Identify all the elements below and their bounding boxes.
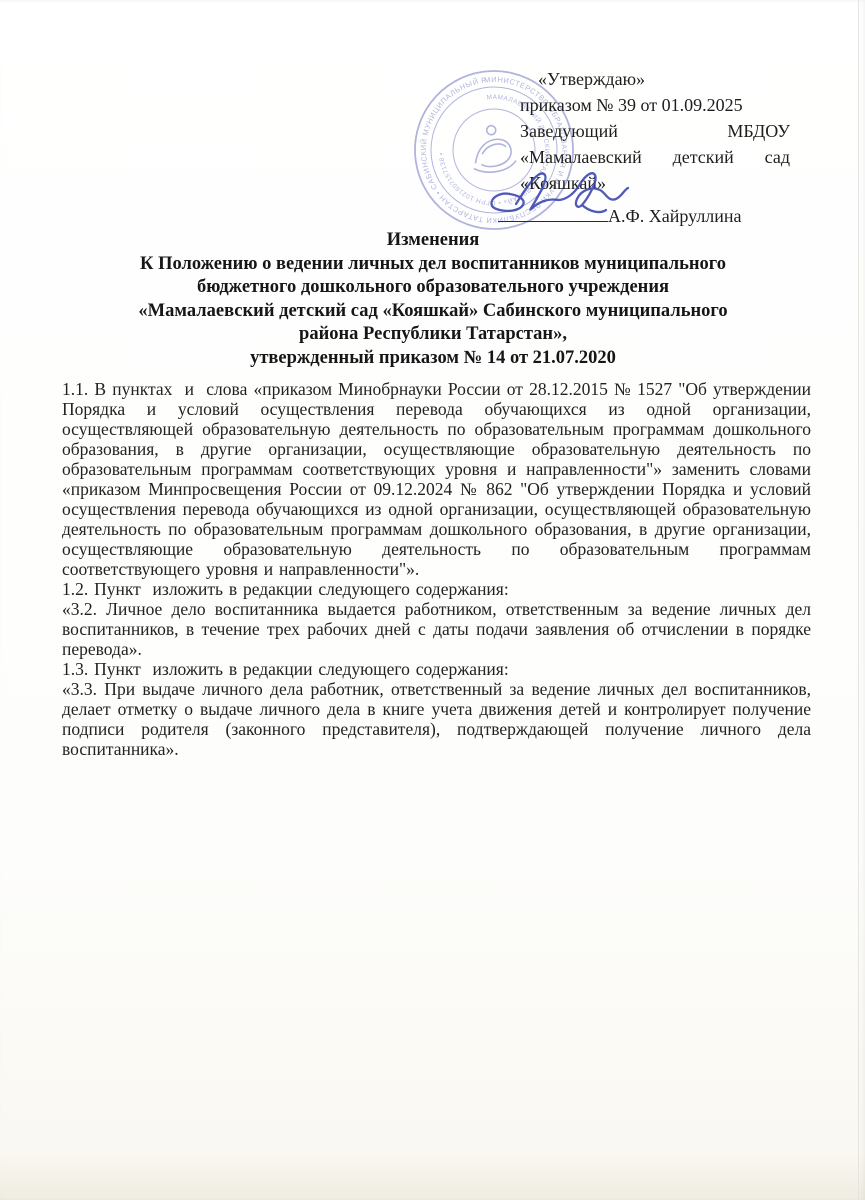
title-line: утвержденный приказом № 14 от 21.07.2020 — [52, 347, 814, 371]
organization-line2: «Кояшкай» — [520, 170, 790, 196]
approve-label: «Утверждаю» — [520, 66, 790, 92]
scanned-document-page: МИНИСТЕРСТВО ОБРАЗОВАНИЯ И НАУКИ РЕСПУБЛ… — [0, 0, 865, 1200]
order-number-line: приказом № 39 от 01.09.2025 — [520, 92, 790, 118]
approval-header: «Утверждаю» приказом № 39 от 01.09.2025 … — [520, 66, 790, 229]
signature-row: А.Ф. Хайруллина — [498, 203, 790, 229]
position-line: Заведующий МБДОУ — [520, 118, 790, 144]
org-name-part3: сад — [765, 144, 790, 170]
stamp-center-emblem-icon — [469, 123, 517, 175]
org-name-part1: «Мамалаевский — [520, 144, 642, 170]
title-line: Изменения — [52, 229, 814, 253]
organization-line: «Мамалаевский детский сад — [520, 144, 790, 170]
title-line: района Республики Татарстан», — [52, 323, 814, 347]
document-body: 1.1. В пунктах и слова «приказом Минобрн… — [62, 379, 811, 759]
paragraph-1-2: 1.2. Пункт изложить в редакции следующег… — [62, 579, 811, 599]
signature-line — [498, 207, 608, 222]
title-line: К Положению о ведении личных дел воспита… — [52, 253, 814, 277]
org-abbreviation: МБДОУ — [727, 118, 790, 144]
paragraph-3-2: «3.2. Личное дело воспитанника выдается … — [62, 599, 811, 659]
signer-name: А.Ф. Хайруллина — [608, 206, 742, 226]
paragraph-1-1: 1.1. В пунктах и слова «приказом Минобрн… — [62, 379, 811, 579]
title-line: бюджетного дошкольного образовательного … — [52, 276, 814, 300]
position-title: Заведующий — [520, 118, 618, 144]
title-line: «Мамалаевский детский сад «Кояшкай» Саби… — [52, 300, 814, 324]
document-title: Изменения К Положению о ведении личных д… — [52, 229, 814, 370]
paragraph-3-3: «3.3. При выдаче личного дела работник, … — [62, 679, 811, 759]
org-name-part2: детский — [673, 144, 734, 170]
paragraph-1-3: 1.3. Пункт изложить в редакции следующег… — [62, 659, 811, 679]
